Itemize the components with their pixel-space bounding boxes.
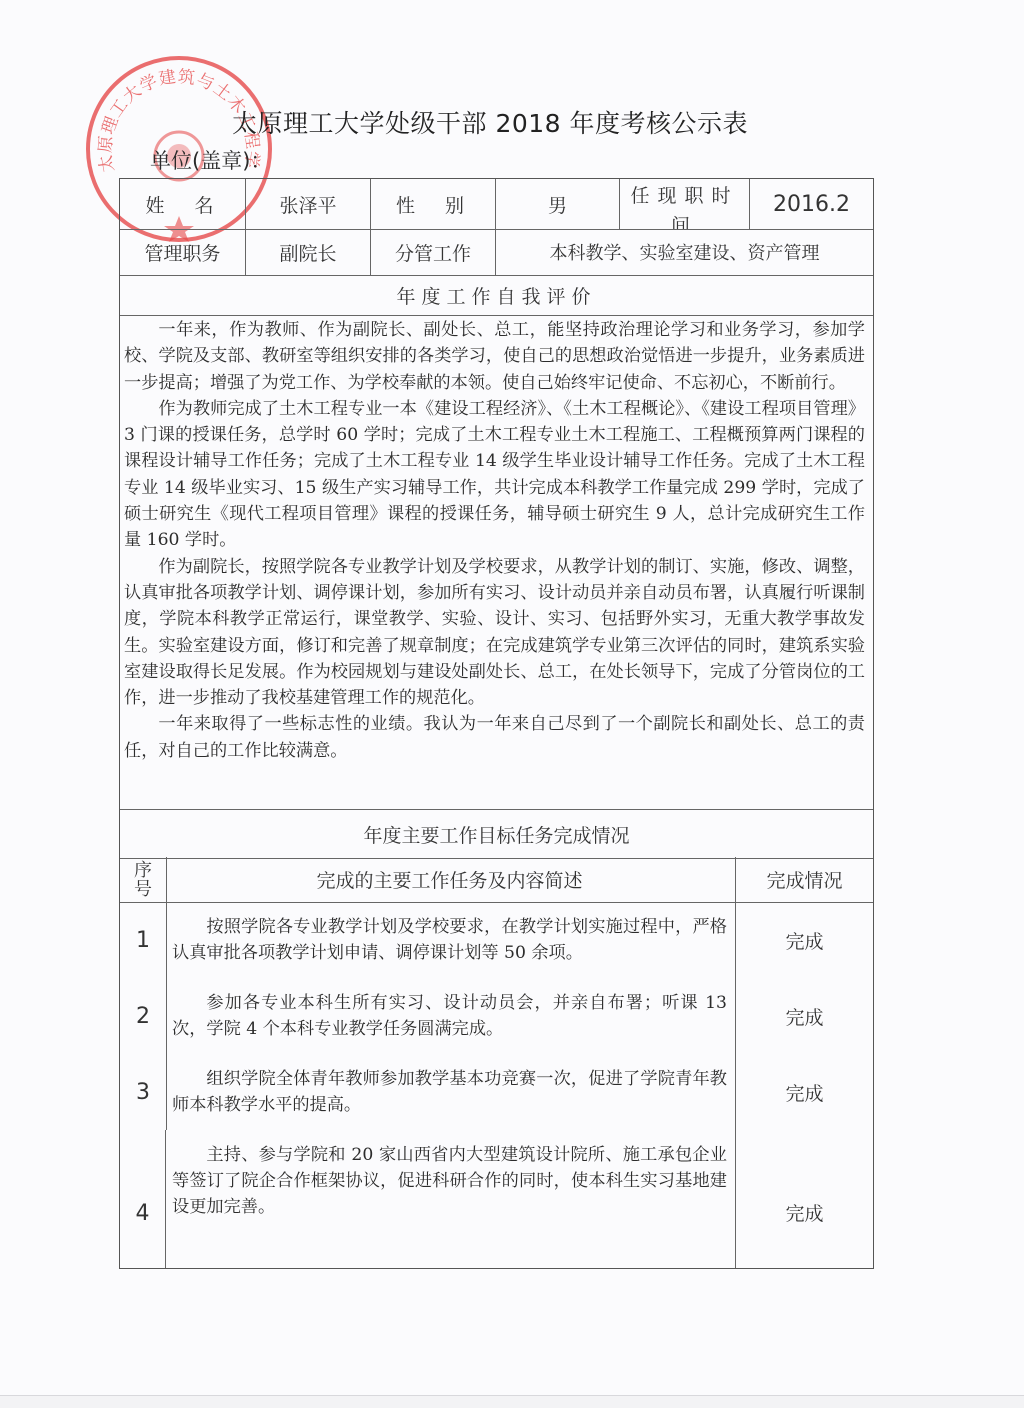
row-description-text: 主持、参与学院和 20 家山西省内大型建筑设计院所、施工承包企业等签订了院企合作…: [172, 1142, 727, 1220]
gender-label: 性 别: [371, 179, 496, 229]
row-status: 完成: [736, 978, 873, 1054]
column-header-status: 完成情况: [736, 857, 873, 902]
responsibility-value: 本科教学、实验室建设、资产管理: [496, 229, 873, 275]
evaluation-paragraph: 作为教师完成了土木工程专业一本《建设工程经济》、《土木工程概论》、《建设工程项目…: [124, 396, 865, 554]
tenure-value: 2016.2: [750, 179, 873, 229]
row-status: 完成: [736, 902, 873, 978]
tasks-heading: 年度主要工作目标任务完成情况: [120, 809, 873, 859]
column-header-description: 完成的主要工作任务及内容简述: [166, 857, 736, 902]
responsibility-label: 分管工作: [371, 229, 496, 275]
column-header-no-text: 序号: [133, 861, 153, 899]
row-description: 按照学院各专业教学计划及学校要求，在教学计划实施过程中，严格认真审批各项教学计划…: [166, 902, 736, 978]
column-header-description-text: 完成的主要工作任务及内容简述: [316, 866, 582, 893]
page-bottom-edge: [0, 1395, 1024, 1408]
table-row: 4 主持、参与学院和 20 家山西省内大型建筑设计院所、施工承包企业等签订了院企…: [120, 1130, 873, 1268]
tasks-column-header: 序号 完成的主要工作任务及内容简述 完成情况: [120, 857, 873, 903]
table-row: 1 按照学院各专业教学计划及学校要求，在教学计划实施过程中，严格认真审批各项教学…: [120, 902, 873, 978]
evaluation-paragraph: 一年来，作为教师、作为副院长、副处长、总工，能坚持政治理论学习和业务学习，参加学…: [124, 317, 865, 396]
row-number: 3: [120, 1054, 167, 1130]
row-number: 4: [120, 1130, 166, 1268]
name-value: 张泽平: [246, 179, 371, 229]
basic-info-row-1: 姓 名 张泽平 性 别 男 任现职时间 2016.2: [120, 179, 873, 230]
tenure-label-text: 任现职时间: [631, 181, 739, 229]
gender-value: 男: [496, 179, 620, 229]
row-description: 组织学院全体青年教师参加教学基本功竞赛一次，促进了学院青年教师本科教学水平的提高…: [166, 1054, 736, 1130]
table-row: 3 组织学院全体青年教师参加教学基本功竞赛一次，促进了学院青年教师本科教学水平的…: [120, 1054, 873, 1130]
row-description: 主持、参与学院和 20 家山西省内大型建筑设计院所、施工承包企业等签订了院企合作…: [166, 1130, 736, 1268]
row-number: 2: [120, 978, 167, 1054]
row-description-text: 参加各专业本科生所有实习、设计动员会，并亲自布署；听课 13 次，学院 4 个本…: [172, 990, 727, 1042]
row-description-text: 组织学院全体青年教师参加教学基本功竞赛一次，促进了学院青年教师本科教学水平的提高…: [172, 1066, 727, 1118]
position-label: 管理职务: [120, 229, 246, 275]
basic-info-row-2: 管理职务 副院长 分管工作 本科教学、实验室建设、资产管理: [120, 229, 873, 276]
evaluation-paragraph: 作为副院长，按照学院各专业教学计划及学校要求，从教学计划的制订、实施，修改、调整…: [124, 554, 865, 712]
unit-seal-label: 单位(盖章)：: [150, 145, 271, 175]
row-status: 完成: [736, 1054, 873, 1130]
self-evaluation-heading: 年度工作自我评价: [120, 275, 873, 316]
page-title: 太原理工大学处级干部 2018 年度考核公示表: [232, 104, 748, 140]
evaluation-paragraph: 一年来取得了一些标志性的业绩。我认为一年来自己尽到了一个副院长和副处长、总工的责…: [124, 711, 865, 764]
name-label: 姓 名: [120, 179, 246, 229]
column-header-no: 序号: [120, 857, 167, 902]
row-description-text: 按照学院各专业教学计划及学校要求，在教学计划实施过程中，严格认真审批各项教学计划…: [172, 914, 727, 966]
row-number: 1: [120, 902, 167, 978]
self-evaluation-text: 一年来，作为教师、作为副院长、副处长、总工，能坚持政治理论学习和业务学习，参加学…: [124, 317, 865, 764]
row-description: 参加各专业本科生所有实习、设计动员会，并亲自布署；听课 13 次，学院 4 个本…: [166, 978, 736, 1054]
position-value: 副院长: [246, 229, 371, 275]
table-row: 2 参加各专业本科生所有实习、设计动员会，并亲自布署；听课 13 次，学院 4 …: [120, 978, 873, 1054]
row-status: 完成: [736, 1130, 873, 1268]
assessment-form: 姓 名 张泽平 性 别 男 任现职时间 2016.2 管理职务 副院长 分管工作…: [119, 178, 874, 1269]
tenure-label: 任现职时间: [620, 179, 750, 229]
